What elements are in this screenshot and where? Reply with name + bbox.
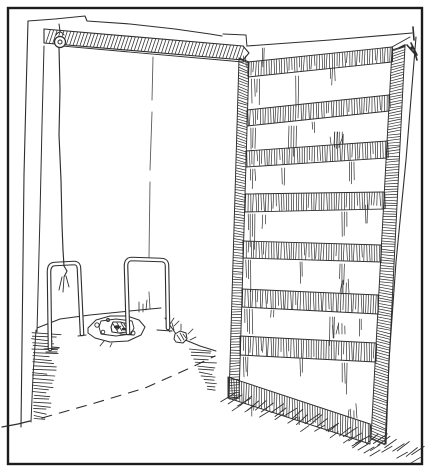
sketch-figure <box>0 0 429 475</box>
open-door-panel <box>228 27 417 448</box>
sketch-svg <box>0 0 429 475</box>
